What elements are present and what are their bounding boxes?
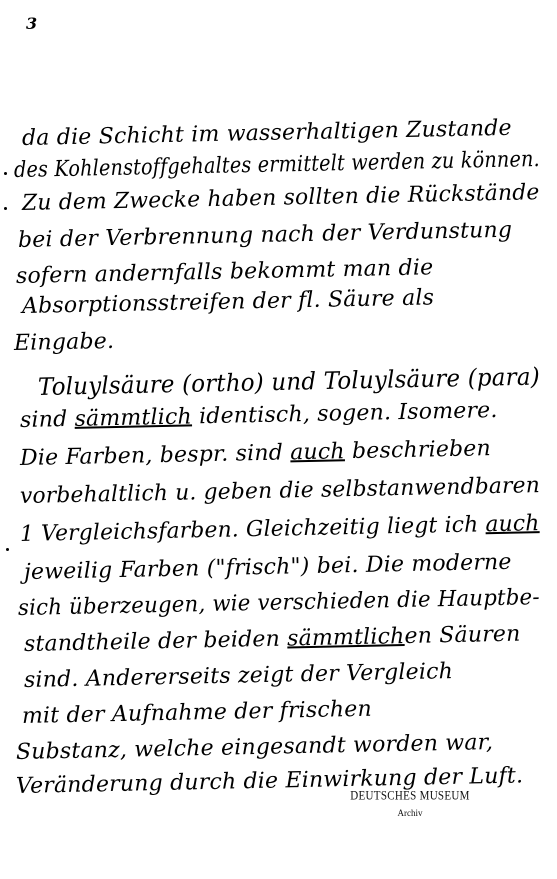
handwritten-line: des Kohlenstoffgehaltes ermittelt werden…	[14, 149, 540, 182]
margin-mark	[4, 172, 7, 175]
handwritten-line: mit der Aufnahme der frischen	[22, 699, 372, 728]
margin-mark	[6, 548, 9, 551]
handwritten-line: Die Farben, bespr. sind auch beschrieben	[20, 438, 491, 470]
handwritten-line: Substanz, welche eingesandt worden war,	[16, 732, 494, 764]
margin-mark	[4, 207, 7, 210]
handwritten-line: Zu dem Zwecke haben sollten die Rückstän…	[22, 182, 540, 215]
underlined-word: sämmtlich	[287, 624, 405, 651]
handwritten-line-paragraph-start: Toluylsäure (ortho) und Toluylsäure (par…	[38, 364, 540, 399]
handwritten-line: standtheile der beiden sämmtlichen Säure…	[24, 624, 521, 656]
handwritten-line: Absorptionsstreifen der fl. Säure als	[22, 287, 435, 318]
handwritten-line: sind sämmtlich identisch, sogen. Isomere…	[20, 400, 498, 432]
underlined-word: auch	[485, 511, 540, 537]
archive-stamp: DEUTSCHES MUSEUM Archiv	[350, 790, 470, 818]
handwritten-line: sind. Andererseits zeigt der Vergleich	[24, 661, 453, 692]
handwritten-line: jeweilig Farben ("frisch") bei. Die mode…	[24, 552, 512, 584]
underlined-word: auch	[290, 439, 345, 465]
stamp-title: DEUTSCHES MUSEUM	[350, 789, 470, 803]
handwritten-line: 1 Vergleichsfarben. Gleichzeitig liegt i…	[20, 513, 540, 546]
handwritten-line: sofern andernfalls bekommt man die	[16, 257, 434, 288]
manuscript-page: 3 da die Schicht im wasserhaltigen Zusta…	[0, 0, 557, 879]
handwritten-line: bei der Verbrennung nach der Verdunstung	[18, 220, 513, 252]
handwritten-line: vorbehaltlich u. geben die selbstanwendb…	[20, 475, 540, 508]
underlined-word: sämmtlich	[74, 404, 192, 431]
stamp-subtitle: Archiv	[350, 808, 470, 818]
page-number: 3	[26, 16, 37, 32]
handwritten-line: Eingabe.	[14, 331, 115, 355]
handwritten-line: da die Schicht im wasserhaltigen Zustand…	[22, 118, 512, 150]
handwritten-line: sich überzeugen, wie verschieden die Hau…	[18, 587, 540, 620]
